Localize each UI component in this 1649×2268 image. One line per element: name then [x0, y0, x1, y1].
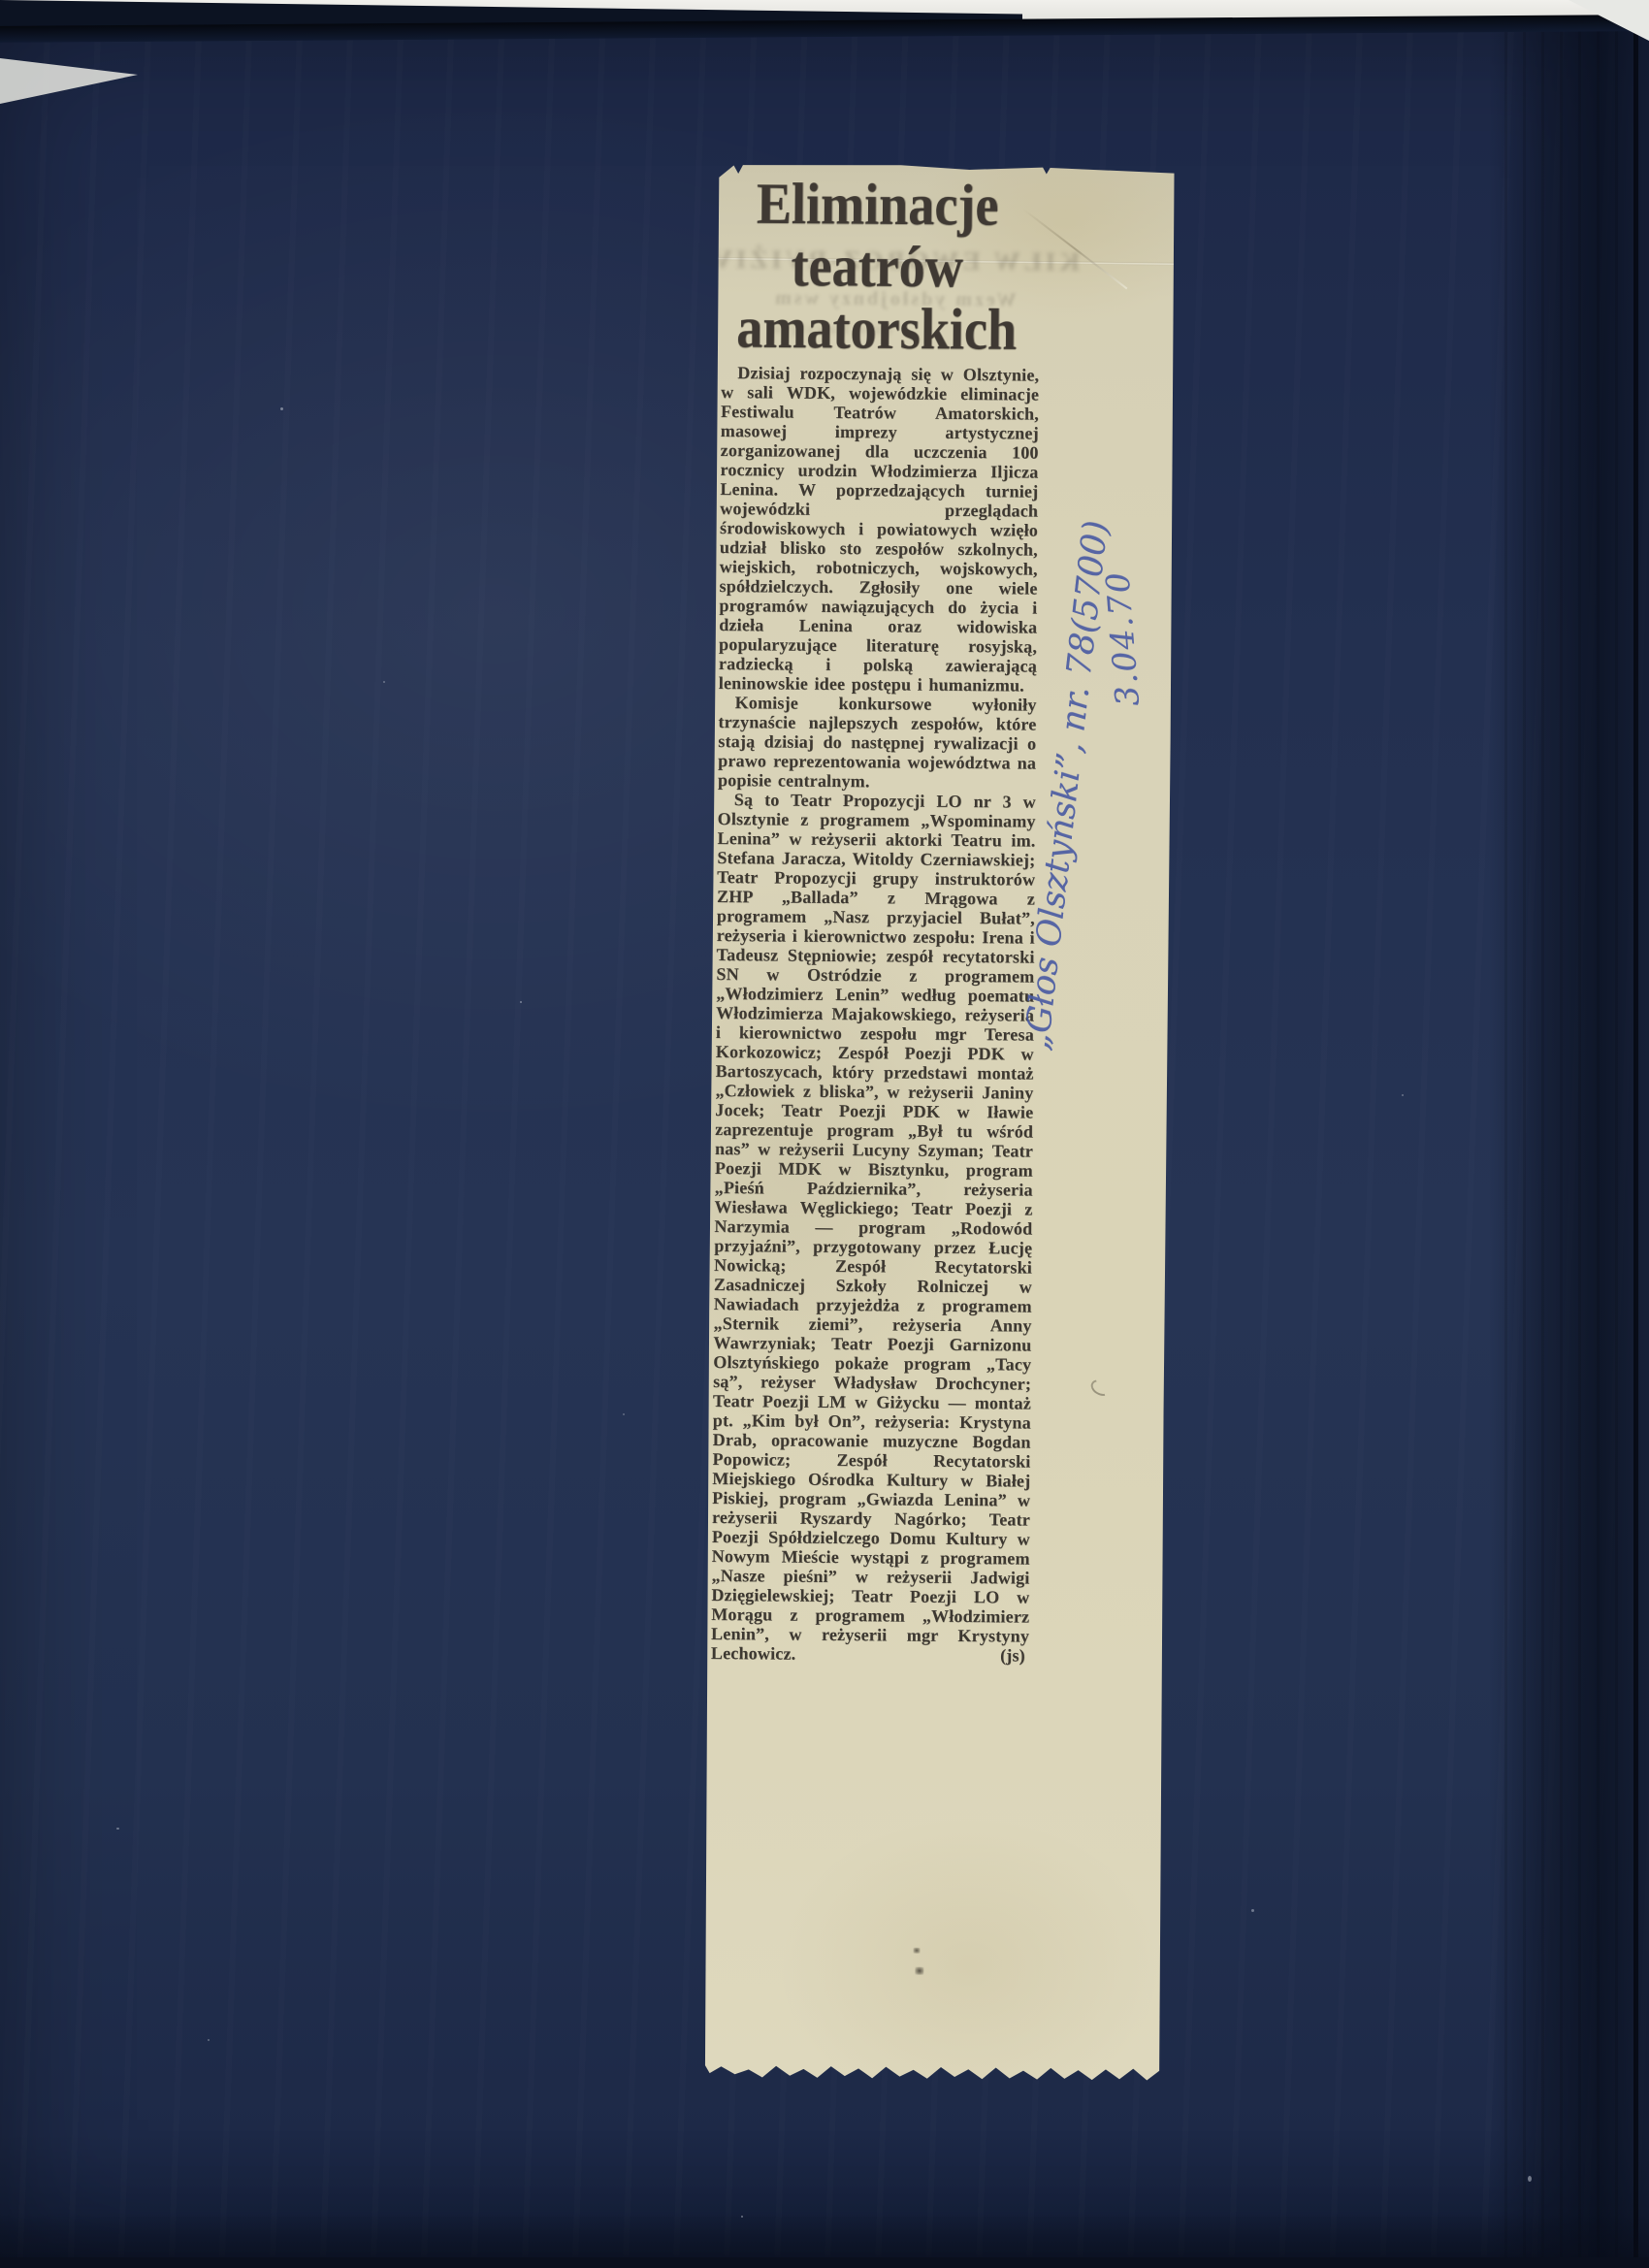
small-ink-smudge	[915, 1967, 923, 1975]
page-stack-shadow-band	[1489, 29, 1649, 2268]
bottom-shadow-gradient	[0, 2214, 1649, 2258]
dust-speck	[623, 1413, 625, 1415]
scanned-scrapbook-page: KIŁW EWOBCZ-RVIŻIVSR SIRŁB Wezm ydsłojbn…	[0, 0, 1649, 2268]
dust-speck	[1528, 2176, 1532, 2182]
headline-line-1: Eliminacje	[732, 173, 1022, 237]
paper-scratch-mark	[1088, 1377, 1114, 1399]
dust-speck	[520, 1001, 522, 1003]
newspaper-clipping: KIŁW EWOBCZ-RVIŻIVSR SIRŁB Wezm ydsłojbn…	[702, 163, 1175, 2083]
page-edge-line	[1633, 29, 1638, 2268]
dust-speck	[1402, 1094, 1404, 1096]
article-body: Dzisiaj rozpoczynają się w Olsztynie, w …	[711, 363, 1040, 1666]
handwritten-date-annotation: 3.04.70	[1098, 569, 1147, 708]
headline-line-3: amatorskich	[731, 297, 1021, 361]
article-headline: Eliminacje teatrów amatorskich	[731, 173, 1022, 361]
article-paragraph-2: Komisje konkursowe wyłoniły trzynaście n…	[718, 693, 1037, 793]
article-paragraph-1: Dzisiaj rozpoczynają się w Olsztynie, w …	[719, 363, 1040, 696]
dust-speck	[1251, 1909, 1254, 1912]
dust-speck	[208, 2039, 210, 2041]
scan-bottom-edge	[0, 2257, 1649, 2268]
article-paragraph-3: Są to Teatr Propozycji LO nr 3 w Olsztyn…	[711, 790, 1036, 1666]
dust-speck	[116, 1828, 119, 1830]
small-ink-smudge	[914, 1948, 921, 1954]
headline-line-2: teatrów	[732, 235, 1022, 299]
dust-speck	[383, 681, 385, 683]
dust-speck	[280, 407, 283, 410]
